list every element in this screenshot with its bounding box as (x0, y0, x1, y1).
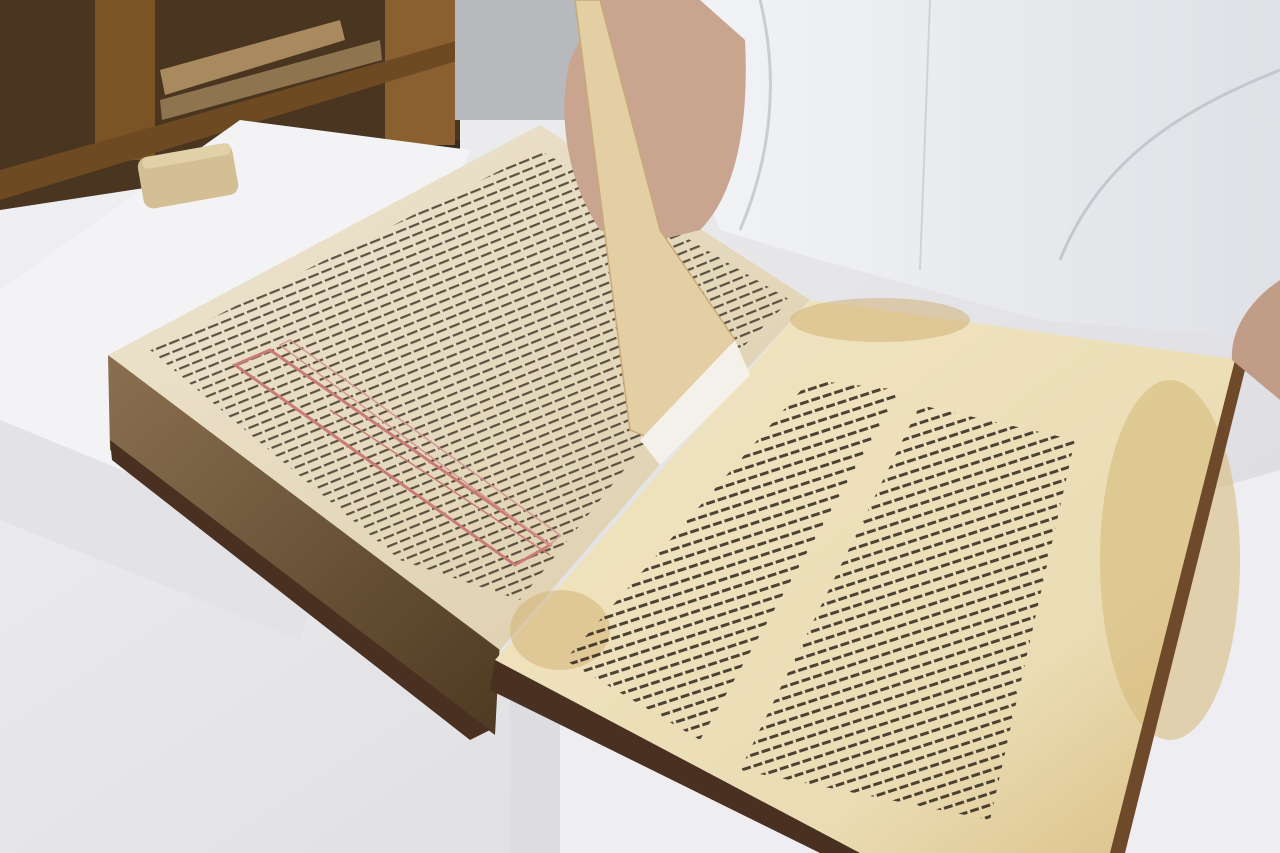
photo-scene: Conservator in a white lab coat brushing… (0, 0, 1280, 853)
manuscript-conservation-photo (0, 0, 1280, 853)
